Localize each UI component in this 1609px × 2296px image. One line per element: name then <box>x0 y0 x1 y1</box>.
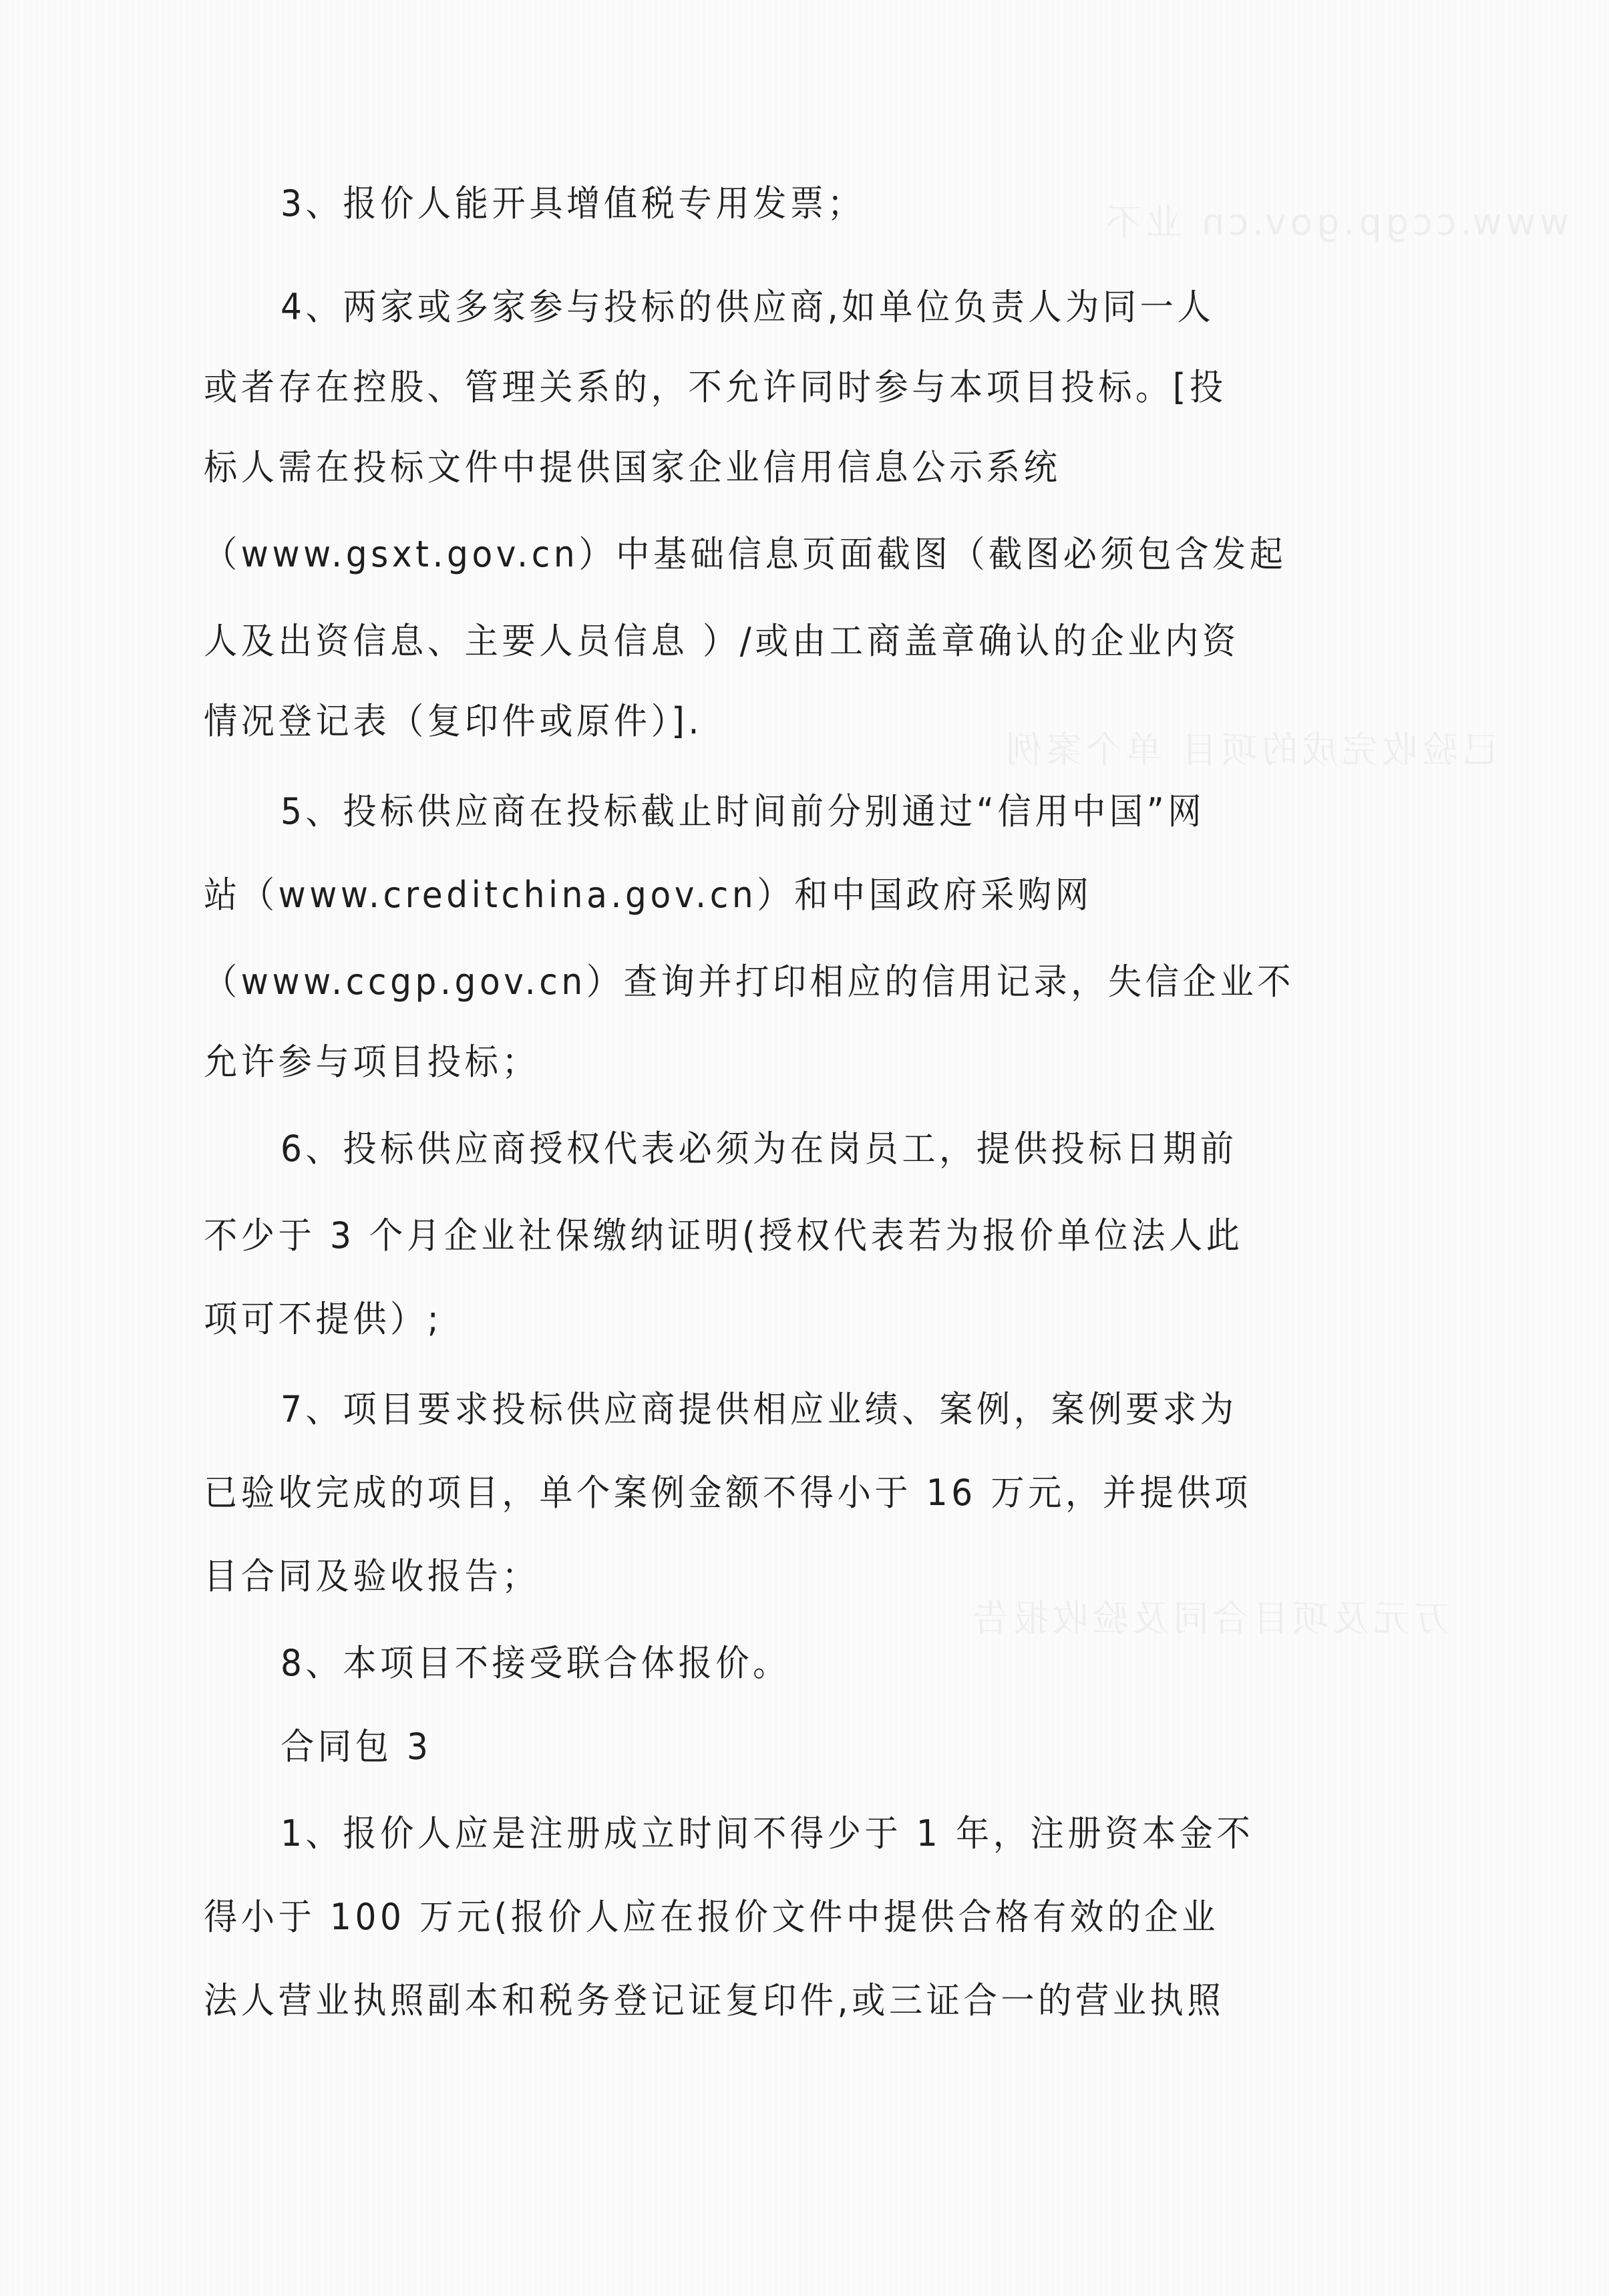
bleed-through-text: 万元及项目合同及验收报告 <box>968 1590 1449 1641</box>
item-4-line-3: 标人需在投标文件中提供国家企业信用信息公示系统 <box>204 441 1061 494</box>
item-3-vat-invoice: 3、报价人能开具增值税专用发票； <box>281 177 865 230</box>
item-4-line-6: 情况登记表（复印件或原件）]. <box>204 695 703 748</box>
item-4-line-2: 或者存在控股、管理关系的，不允许同时参与本项目投标。[投 <box>204 361 1227 414</box>
item-4-line-4: （www.gsxt.gov.cn）中基础信息页面截图（截图必须包含发起 <box>204 528 1287 581</box>
item-6-line-2: 不少于 3 个月企业社保缴纳证明(授权代表若为报价单位法人此 <box>204 1209 1244 1263</box>
pkg3-item-1-line-1: 1、报价人应是注册成立时间不得少于 1 年，注册资本金不 <box>281 1807 1254 1860</box>
pkg3-item-1-line-3: 法人营业执照副本和税务登记证复印件,或三证合一的营业执照 <box>204 1974 1224 2027</box>
item-5-line-1: 5、投标供应商在投标截止时间前分别通过“信用中国”网 <box>281 785 1205 838</box>
item-4-line-5: 人及出资信息、主要人员信息 ）/或由工商盖章确认的企业内资 <box>204 615 1240 668</box>
scanned-document-page: www.ccgp.gov.cn 业不 已验收完成的项目 单个案例 万元及项目合同… <box>0 0 1609 2296</box>
item-8-no-consortium: 8、本项目不接受联合体报价。 <box>281 1637 790 1690</box>
bleed-through-text: 已验收完成的项目 单个案例 <box>1002 721 1498 773</box>
item-5-line-2: 站（www.creditchina.gov.cn）和中国政府采购网 <box>204 868 1092 922</box>
item-5-line-4: 允许参与项目投标； <box>204 1035 539 1089</box>
item-7-line-1: 7、项目要求投标供应商提供相应业绩、案例，案例要求为 <box>281 1383 1238 1436</box>
item-6-line-3: 项可不提供）; <box>204 1293 442 1346</box>
bleed-through-text: www.ccgp.gov.cn 业不 <box>1102 194 1569 245</box>
item-7-line-3: 目合同及验收报告； <box>204 1550 539 1603</box>
item-6-line-1: 6、投标供应商授权代表必须为在岗员工，提供投标日期前 <box>281 1122 1238 1176</box>
item-4-line-1: 4、两家或多家参与投标的供应商,如单位负责人为同一人 <box>281 281 1214 334</box>
pkg3-item-1-line-2: 得小于 100 万元(报价人应在报价文件中提供合格有效的企业 <box>204 1891 1219 1944</box>
section-heading-contract-package-3: 合同包 3 <box>281 1720 431 1774</box>
item-5-line-3: （www.ccgp.gov.cn）查询并打印相应的信用记录，失信企业不 <box>204 955 1294 1009</box>
item-7-line-2: 已验收完成的项目，单个案例金额不得小于 16 万元，并提供项 <box>204 1466 1252 1520</box>
